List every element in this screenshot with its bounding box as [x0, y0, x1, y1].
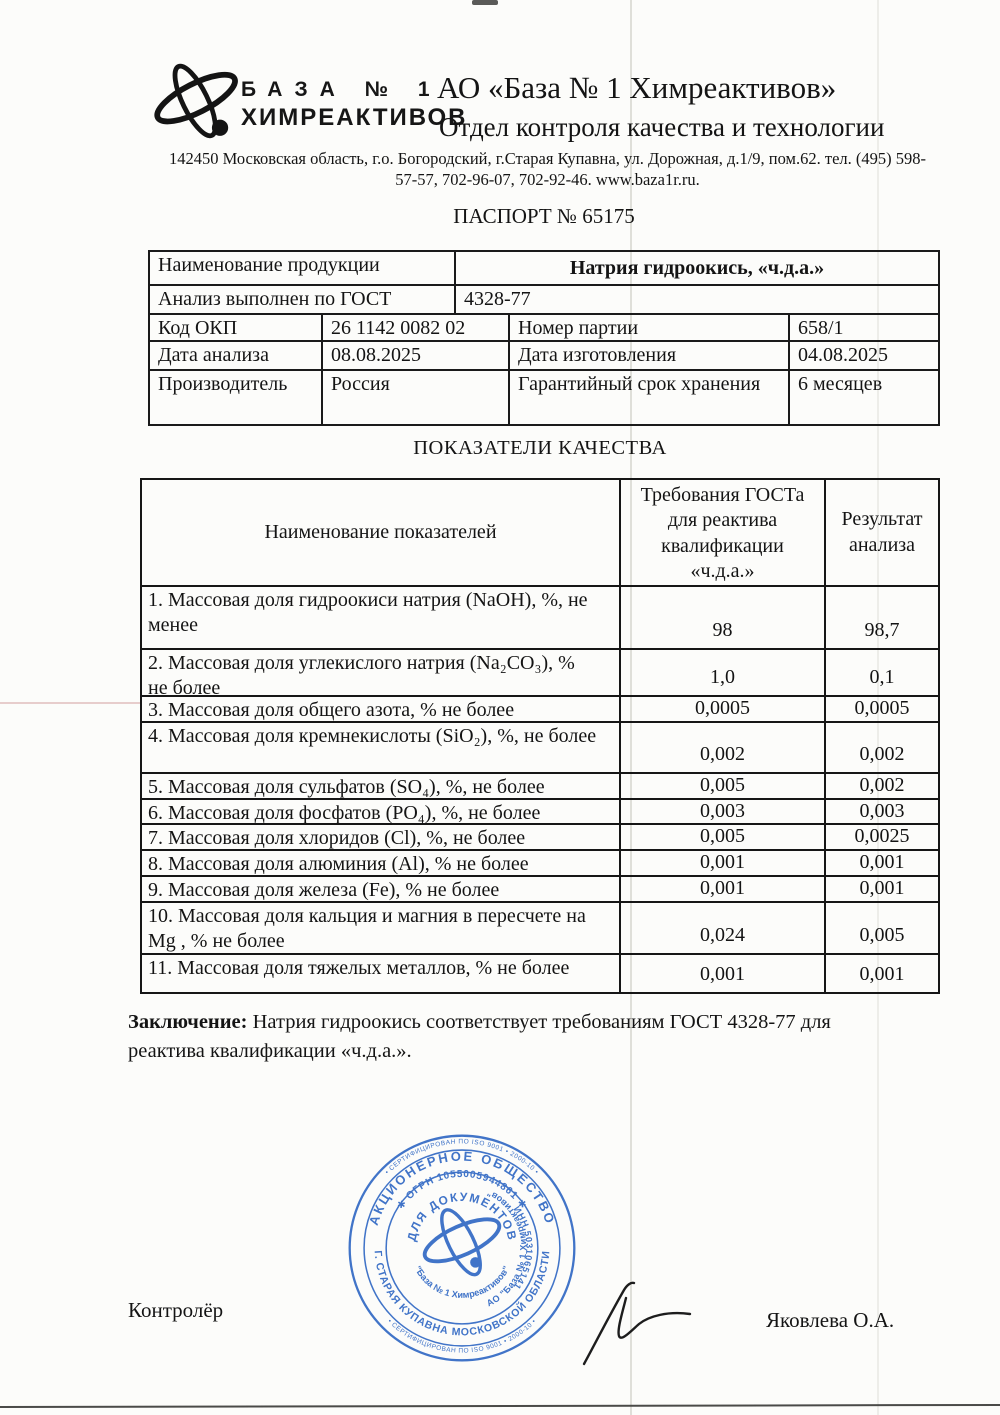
indicator-name-cell: 9. Массовая доля железа (Fe), % не более [142, 877, 619, 901]
header-gost-requirement: Требования ГОСТа для реактива квалификац… [619, 480, 824, 585]
table-row: 4. Массовая доля кремнекислоты (SiO₂), %… [142, 721, 938, 772]
table-row: 6. Массовая доля фосфатов (PO₄), %, не б… [142, 798, 938, 823]
header-indicator-name: Наименование показателей [142, 480, 619, 585]
controller-name: Яковлева О.А. [766, 1308, 894, 1333]
result-cell: 0,002 [824, 774, 938, 798]
indicator-name-cell: 3. Массовая доля общего азота, % не боле… [142, 697, 619, 721]
scan-bottom-edge [0, 1404, 1000, 1408]
table-row: Код ОКП 26 1142 0082 02 Номер партии 658… [150, 313, 938, 340]
result-cell: 0,001 [824, 851, 938, 875]
product-label: Наименование продукции [150, 252, 454, 284]
indicator-name-cell: 2. Массовая доля углекислого натрия (Na₂… [142, 650, 619, 695]
address-line1: 142450 Московская область, г.о. Богородс… [150, 148, 945, 169]
result-cell: 0,0005 [824, 697, 938, 721]
result-cell: 0,001 [824, 955, 938, 992]
indicator-name-cell: 10. Массовая доля кальция и магния в пер… [142, 903, 619, 953]
requirement-cell: 0,024 [619, 903, 824, 953]
requirement-cell: 0,005 [619, 774, 824, 798]
result-cell: 98,7 [824, 587, 938, 648]
table-row: 9. Массовая доля железа (Fe), % не более… [142, 875, 938, 901]
requirement-cell: 0,001 [619, 851, 824, 875]
logo-wordmark: БАЗА № 1 ХИМРЕАКТИВОВ [241, 78, 468, 132]
table-row: Дата анализа 08.08.2025 Дата изготовлени… [150, 340, 938, 369]
org-address: 142450 Московская область, г.о. Богородс… [150, 148, 945, 191]
fold-mark [0, 702, 142, 704]
indicator-name-cell: 6. Массовая доля фосфатов (PO₄), %, не б… [142, 800, 619, 823]
table-row: 7. Массовая доля хлоридов (Cl), %, не бо… [142, 823, 938, 849]
batch-value: 658/1 [788, 315, 938, 340]
requirement-cell: 98 [619, 587, 824, 648]
address-line2: 57-57, 702-96-07, 702-92-46. www.baza1r.… [150, 169, 945, 190]
passport-title: ПАСПОРТ № 65175 [148, 204, 940, 229]
requirement-cell: 0,0005 [619, 697, 824, 721]
batch-label: Номер партии [508, 315, 788, 340]
result-cell: 0,002 [824, 723, 938, 772]
table-header-row: Наименование показателей Требования ГОСТ… [142, 480, 938, 587]
scanned-quality-passport: БАЗА № 1 ХИМРЕАКТИВОВ АО «База № 1 Химре… [0, 0, 1000, 1415]
org-department: Отдел контроля качества и технологии [439, 112, 959, 143]
logo-line1: БАЗА № 1 [241, 78, 468, 102]
mfg-date-value: 04.08.2025 [788, 342, 938, 369]
table-row: 8. Массовая доля алюминия (Al), % не бол… [142, 849, 938, 875]
header-analysis-result: Результат анализа [824, 480, 938, 585]
requirement-cell: 0,001 [619, 955, 824, 992]
table-row: 2. Массовая доля углекислого натрия (Na₂… [142, 648, 938, 695]
indicator-name-cell: 4. Массовая доля кремнекислоты (SiO₂), %… [142, 723, 619, 772]
product-info-table: Наименование продукции Натрия гидроокись… [148, 250, 940, 426]
table-row: 1. Массовая доля гидроокиси натрия (NaOH… [142, 587, 938, 648]
result-cell: 0,0025 [824, 825, 938, 849]
table-row: 10. Массовая доля кальция и магния в пер… [142, 901, 938, 953]
table-row: Анализ выполнен по ГОСТ 4328-77 [150, 284, 938, 313]
shelf-life-value: 6 месяцев [788, 371, 938, 424]
quality-indicators-table: Наименование показателей Требования ГОСТ… [140, 478, 940, 994]
indicator-name-cell: 1. Массовая доля гидроокиси натрия (NaOH… [142, 587, 619, 648]
requirement-cell: 1,0 [619, 650, 824, 695]
okp-label: Код ОКП [150, 315, 321, 340]
indicator-name-cell: 8. Массовая доля алюминия (Al), % не бол… [142, 851, 619, 875]
quality-section-title: ПОКАЗАТЕЛИ КАЧЕСТВА [140, 437, 940, 460]
indicator-name-cell: 11. Массовая доля тяжелых металлов, % не… [142, 955, 619, 992]
indicator-name-cell: 7. Массовая доля хлоридов (Cl), %, не бо… [142, 825, 619, 849]
table-row: 3. Массовая доля общего азота, % не боле… [142, 695, 938, 721]
manufacturer-value: Россия [321, 371, 508, 424]
indicator-name-cell: 5. Массовая доля сульфатов (SO₄), %, не … [142, 774, 619, 798]
table-row: 5. Массовая доля сульфатов (SO₄), %, не … [142, 772, 938, 798]
result-cell: 0,1 [824, 650, 938, 695]
atom-logo-icon [150, 56, 248, 144]
result-cell: 0,003 [824, 800, 938, 823]
product-value: Натрия гидроокись, «ч.д.а.» [454, 252, 938, 284]
company-stamp: • СЕРТИФИЦИРОВАН ПО ISO 9001 • 2000-10 •… [342, 1128, 582, 1368]
okp-value: 26 1142 0082 02 [321, 315, 508, 340]
requirement-cell: 0,005 [619, 825, 824, 849]
manufacturer-label: Производитель [150, 371, 321, 424]
stamp-company-type: АКЦИОНЕРНОЕ ОБЩЕСТВО [366, 1148, 558, 1227]
result-cell: 0,005 [824, 903, 938, 953]
requirement-cell: 0,003 [619, 800, 824, 823]
signature [572, 1276, 717, 1368]
scan-speck [472, 0, 498, 5]
stamp-atom-icon [419, 1205, 504, 1280]
mfg-date-label: Дата изготовления [508, 342, 788, 369]
org-name: АО «База № 1 Химреактивов» [437, 70, 957, 106]
table-row: 11. Массовая доля тяжелых металлов, % не… [142, 953, 938, 992]
requirement-cell: 0,002 [619, 723, 824, 772]
analysis-date-label: Дата анализа [150, 342, 321, 369]
result-cell: 0,001 [824, 877, 938, 901]
logo-line2: ХИМРЕАКТИВОВ [241, 104, 468, 132]
shelf-life-label: Гарантийный срок хранения [508, 371, 788, 424]
gost-label: Анализ выполнен по ГОСТ [150, 286, 454, 313]
table-row: Наименование продукции Натрия гидроокись… [150, 252, 938, 284]
table-row: Производитель Россия Гарантийный срок хр… [150, 369, 938, 424]
gost-value: 4328-77 [454, 286, 938, 313]
conclusion-paragraph: Заключение: Натрия гидроокись соответств… [128, 1008, 898, 1065]
svg-text:АКЦИОНЕРНОЕ ОБЩЕСТВО: АКЦИОНЕРНОЕ ОБЩЕСТВО [366, 1148, 558, 1227]
controller-label: Контролёр [128, 1298, 223, 1323]
conclusion-label: Заключение: [128, 1011, 247, 1033]
analysis-date-value: 08.08.2025 [321, 342, 508, 369]
requirement-cell: 0,001 [619, 877, 824, 901]
